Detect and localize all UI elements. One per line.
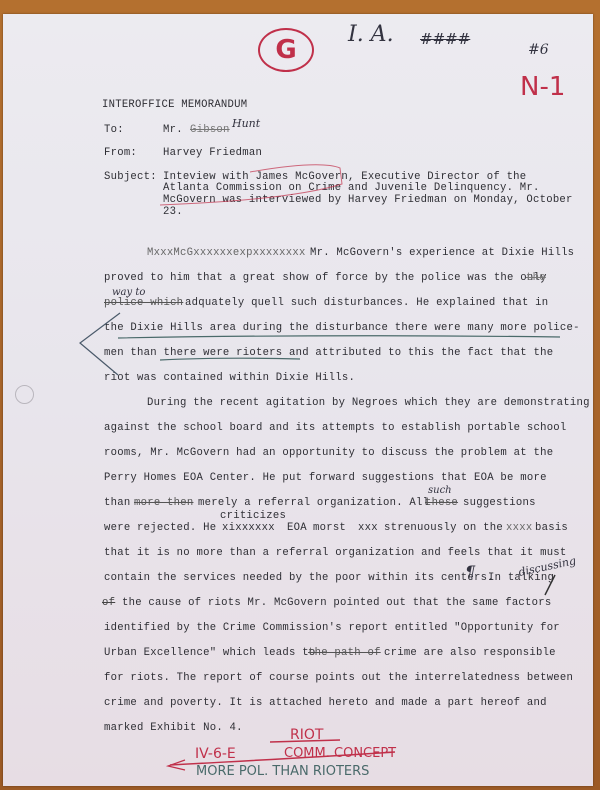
pen-marks — [0, 0, 600, 790]
